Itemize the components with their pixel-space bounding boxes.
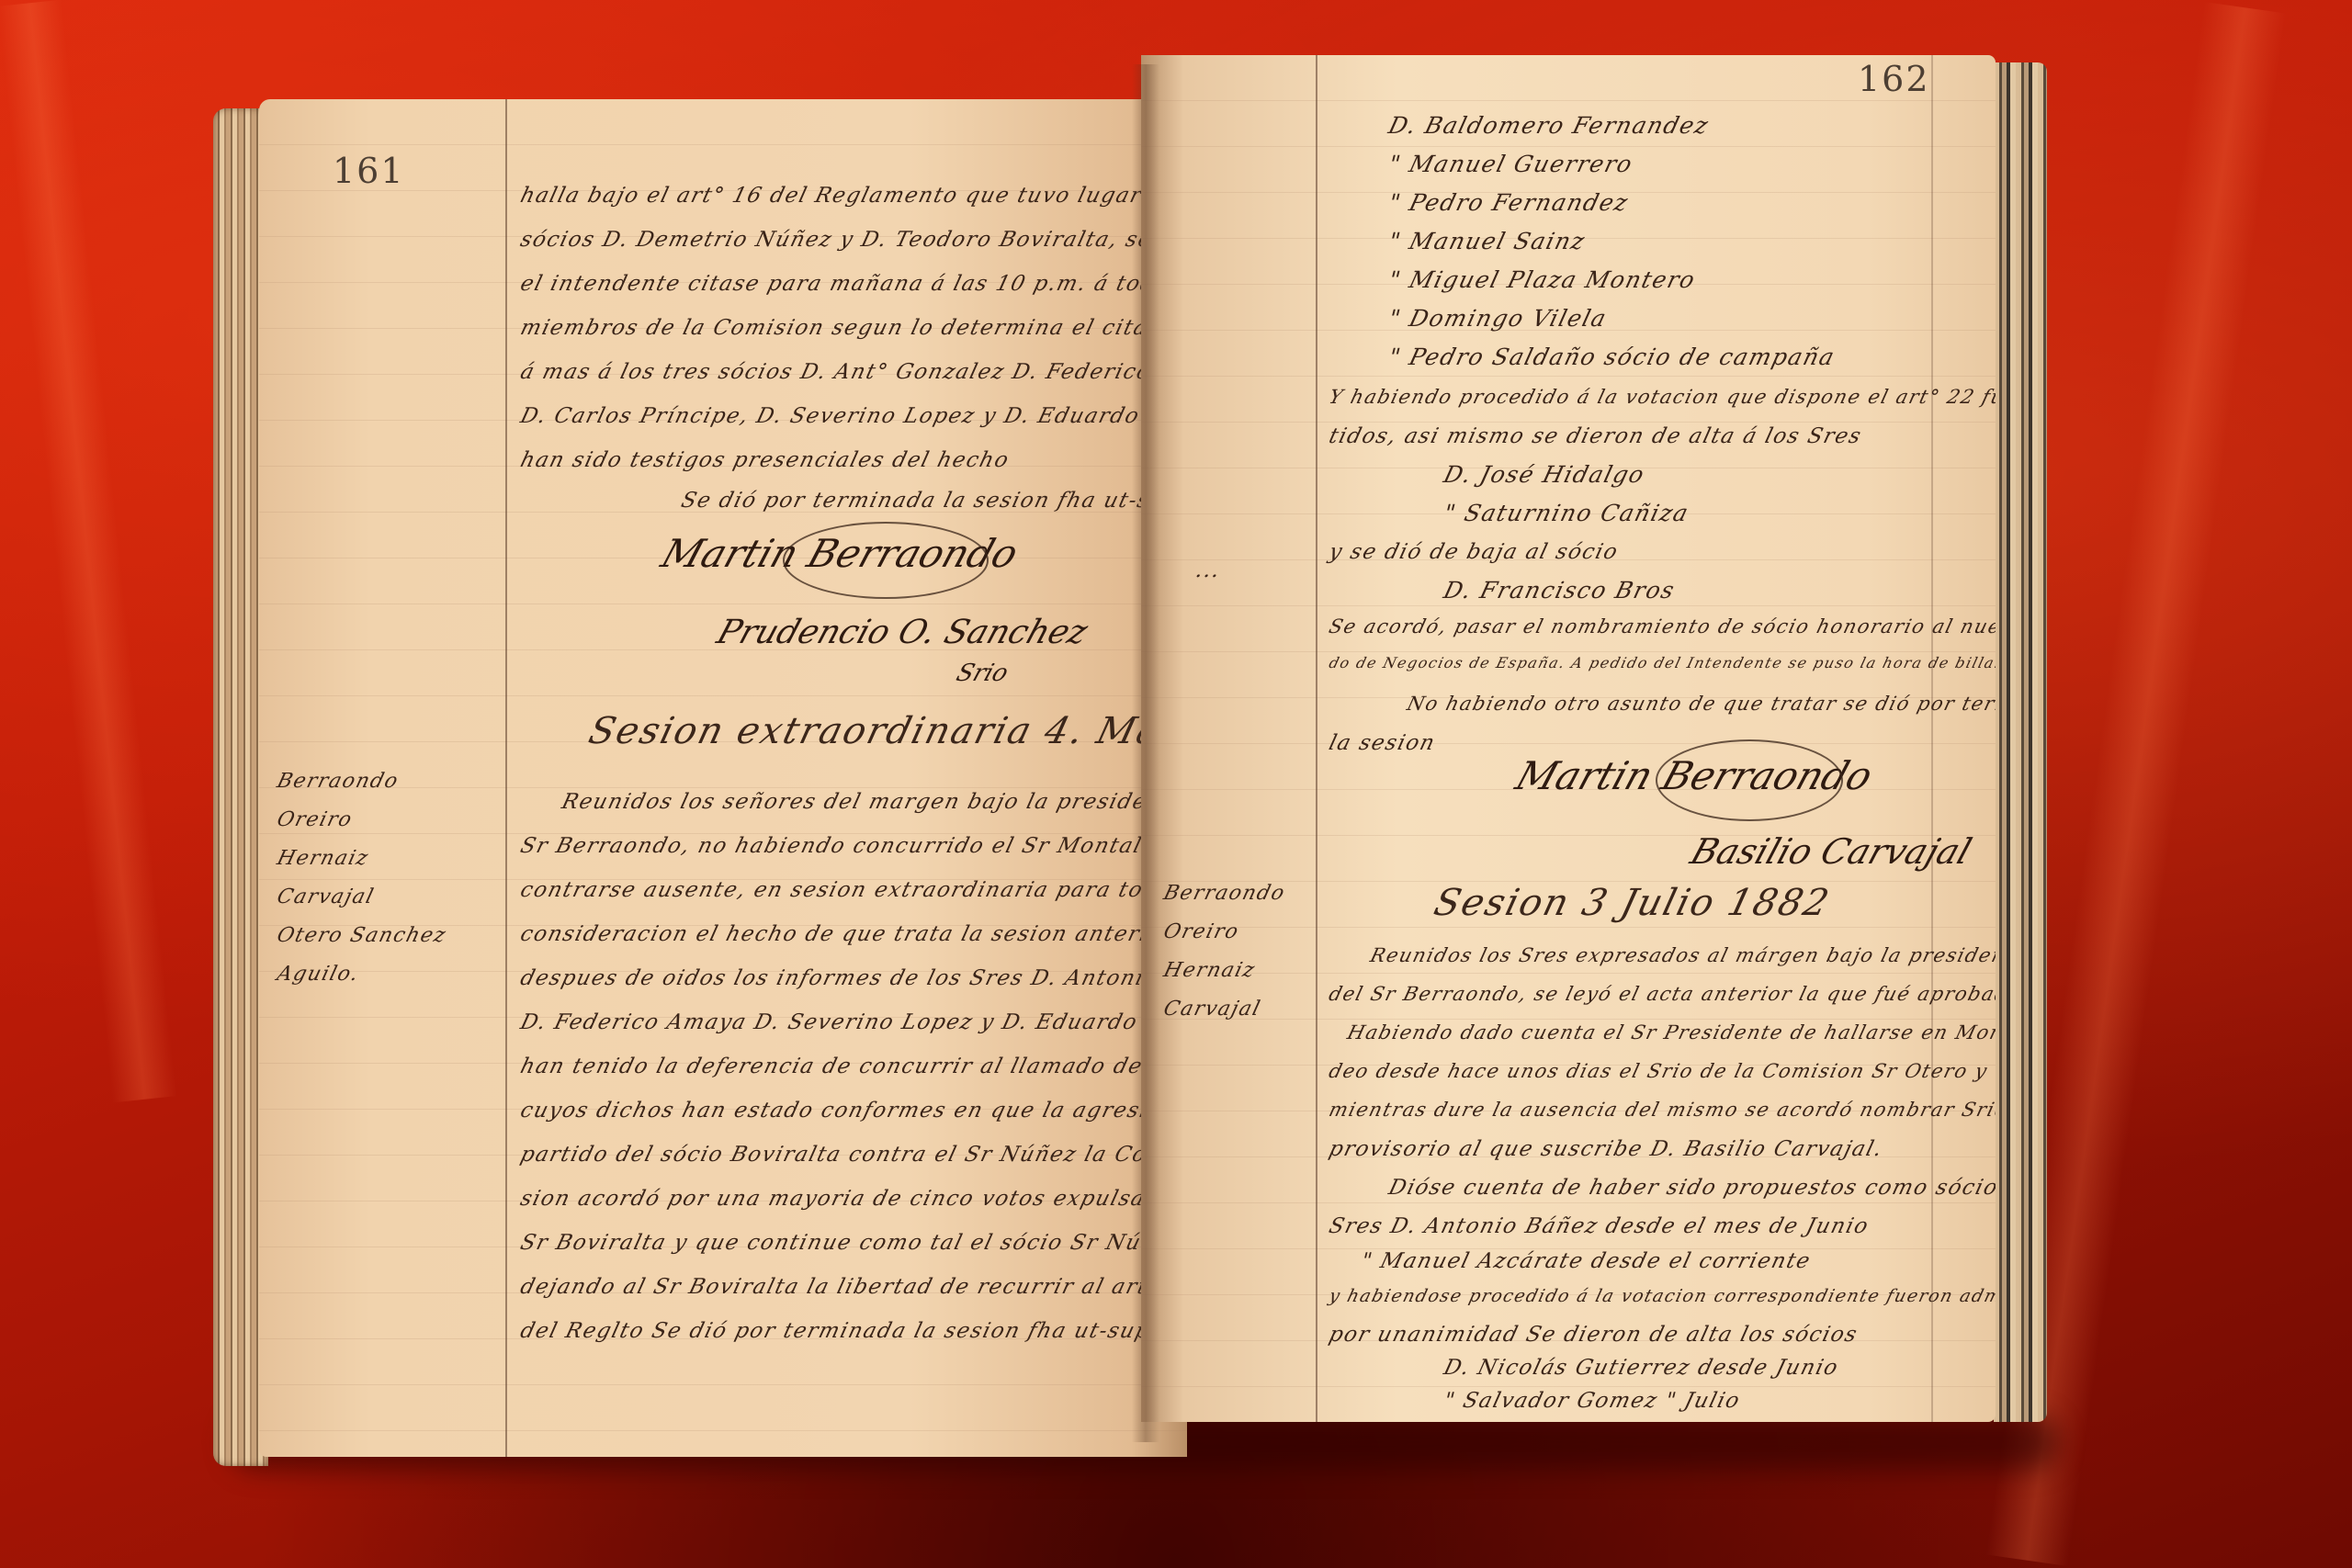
open-minute-book: 161 halla bajo el art° 16 del Reglamento… bbox=[213, 55, 2051, 1479]
margin-rule bbox=[505, 99, 507, 1457]
text-line: Sres D. Antonio Báñez desde el mes de Ju… bbox=[1327, 1214, 1871, 1238]
text-line: mientras dure la ausencia del mismo se a… bbox=[1327, 1099, 1996, 1121]
text-line: del Sr Berraondo, se leyó el acta anteri… bbox=[1327, 983, 1996, 1005]
admitted-name: D. José Hidalgo bbox=[1441, 461, 1647, 488]
margin-name: Carvajal bbox=[275, 886, 377, 908]
margin-name: Oreiro bbox=[275, 808, 356, 831]
margin-name: Carvajal bbox=[1161, 998, 1263, 1021]
text-line: sócios D. Demetrio Núñez y D. Teodoro Bo… bbox=[518, 228, 1187, 252]
signature-flourish bbox=[783, 522, 989, 599]
signature-sanchez: Prudencio O. Sanchez bbox=[712, 614, 1091, 651]
margin-name: Berraondo bbox=[1161, 882, 1288, 905]
member-name: " Manuel Guerrero bbox=[1385, 151, 1635, 177]
text-line: y habiendose procedido á la votacion cor… bbox=[1327, 1286, 1996, 1306]
text-line: Reunidos los Sres expresados al márgen b… bbox=[1368, 944, 1996, 966]
member-name: " Domingo Vilela bbox=[1385, 305, 1610, 332]
margin-name: Oreiro bbox=[1161, 920, 1242, 943]
session-heading: Sesion extraordinaria 4. Mayo 1882 bbox=[584, 710, 1187, 752]
margin-name: Berraondo bbox=[275, 770, 401, 793]
margin-name: Aguilo. bbox=[275, 963, 362, 986]
admitted-name: " Saturnino Cañiza bbox=[1441, 500, 1691, 526]
text-line: contrarse ausente, en sesion extraordina… bbox=[518, 878, 1187, 902]
page-number: 162 bbox=[1858, 59, 1930, 99]
text-line: " Manuel Azcárate desde el corriente bbox=[1359, 1249, 1814, 1273]
member-name: " Pedro Fernandez bbox=[1385, 189, 1631, 216]
member-name: " Manuel Sainz bbox=[1385, 228, 1588, 254]
text-line: miembros de la Comision segun lo determi… bbox=[518, 316, 1187, 340]
text-line: han sido testigos presenciales del hecho bbox=[518, 448, 1012, 472]
text-line: y se dió de baja al sócio bbox=[1327, 540, 1622, 564]
text-line: han tenido la deferencia de concurrir al… bbox=[518, 1055, 1187, 1078]
member-name: " Miguel Plaza Montero bbox=[1385, 266, 1698, 293]
text-line: Y habiendo procedido á la votacion que d… bbox=[1327, 386, 1996, 408]
page-162: 162 D. Baldomero Fernandez " Manuel Guer… bbox=[1141, 55, 1996, 1422]
text-line: halla bajo el art° 16 del Reglamento que… bbox=[518, 184, 1187, 208]
text-line: D. Federico Amaya D. Severino Lopez y D.… bbox=[518, 1010, 1187, 1034]
text-line: Reunidos los señores del margen bajo la … bbox=[560, 790, 1187, 814]
text-line: dejando al Sr Boviralta la libertad de r… bbox=[518, 1275, 1187, 1299]
text-line: del Reglto Se dió por terminada la sesio… bbox=[518, 1319, 1179, 1343]
text-line: consideracion el hecho de que trata la s… bbox=[518, 922, 1187, 946]
text-line: deo desde hace unos dias el Srio de la C… bbox=[1327, 1060, 1990, 1082]
text-line: Se acordó, pasar el nombramiento de sóci… bbox=[1327, 615, 1996, 637]
member-name: " Pedro Saldaño sócio de campaña bbox=[1385, 344, 1837, 370]
text-line: partido del sócio Boviralta contra el Sr… bbox=[518, 1143, 1187, 1167]
margin-name: Hernaiz bbox=[275, 847, 371, 870]
text-line: el intendente citase para mañana á las 1… bbox=[518, 272, 1187, 296]
text-line: cuyos dichos han estado conformes en que… bbox=[518, 1099, 1187, 1122]
text-line: sion acordó por una mayoria de cinco vot… bbox=[518, 1187, 1187, 1211]
book-gutter bbox=[1132, 64, 1159, 1442]
right-edge-rule bbox=[1931, 55, 1933, 1422]
text-line: por unanimidad Se dieron de alta los sóc… bbox=[1327, 1323, 1860, 1347]
text-line: No habiendo otro asunto de que tratar se… bbox=[1405, 693, 1996, 715]
text-line: D. Carlos Príncipe, D. Severino Lopez y … bbox=[518, 404, 1187, 428]
margin-rule bbox=[1316, 55, 1317, 1422]
text-line: á mas á los tres sócios D. Ant° Gonzalez… bbox=[518, 360, 1187, 384]
member-name: D. Baldomero Fernandez bbox=[1385, 112, 1712, 139]
text-line: tidos, asi mismo se dieron de alta á los… bbox=[1327, 424, 1865, 448]
page-number: 161 bbox=[333, 151, 405, 191]
text-line: Habiendo dado cuenta el Sr Presidente de… bbox=[1345, 1021, 1996, 1043]
signature-flourish bbox=[1656, 739, 1843, 821]
right-page-stack bbox=[1994, 62, 2047, 1422]
removed-name: D. Francisco Bros bbox=[1441, 577, 1678, 604]
signature-carvajal: Basilio Carvajal bbox=[1686, 831, 1976, 872]
text-line: Se dió por terminada la sesion fha ut-su… bbox=[679, 489, 1187, 513]
text-line: Dióse cuenta de haber sido propuestos co… bbox=[1386, 1176, 1996, 1200]
margin-name: Hernaiz bbox=[1161, 959, 1258, 982]
margin-name: Otero Sanchez bbox=[275, 924, 449, 947]
text-line: la sesion bbox=[1327, 731, 1439, 755]
signature-title: Srio bbox=[953, 660, 1012, 687]
text-line: Sr Berraondo, no habiendo concurrido el … bbox=[518, 834, 1187, 858]
fabric-fold bbox=[0, 0, 177, 1102]
text-line: provisorio al que suscribe D. Basilio Ca… bbox=[1327, 1137, 1886, 1161]
text-line: D. Nicolás Gutierrez desde Junio bbox=[1442, 1356, 1841, 1380]
session-heading: Sesion 3 Julio 1882 bbox=[1430, 882, 1835, 924]
text-line: despues de oidos los informes de los Sre… bbox=[518, 966, 1187, 990]
text-line: Sr Boviralta y que continue como tal el … bbox=[518, 1231, 1186, 1255]
text-line: do de Negocios de España. A pedido del I… bbox=[1328, 654, 1996, 671]
page-161: 161 halla bajo el art° 16 del Reglamento… bbox=[259, 99, 1187, 1457]
text-line: " Salvador Gomez " Julio bbox=[1442, 1389, 1743, 1413]
